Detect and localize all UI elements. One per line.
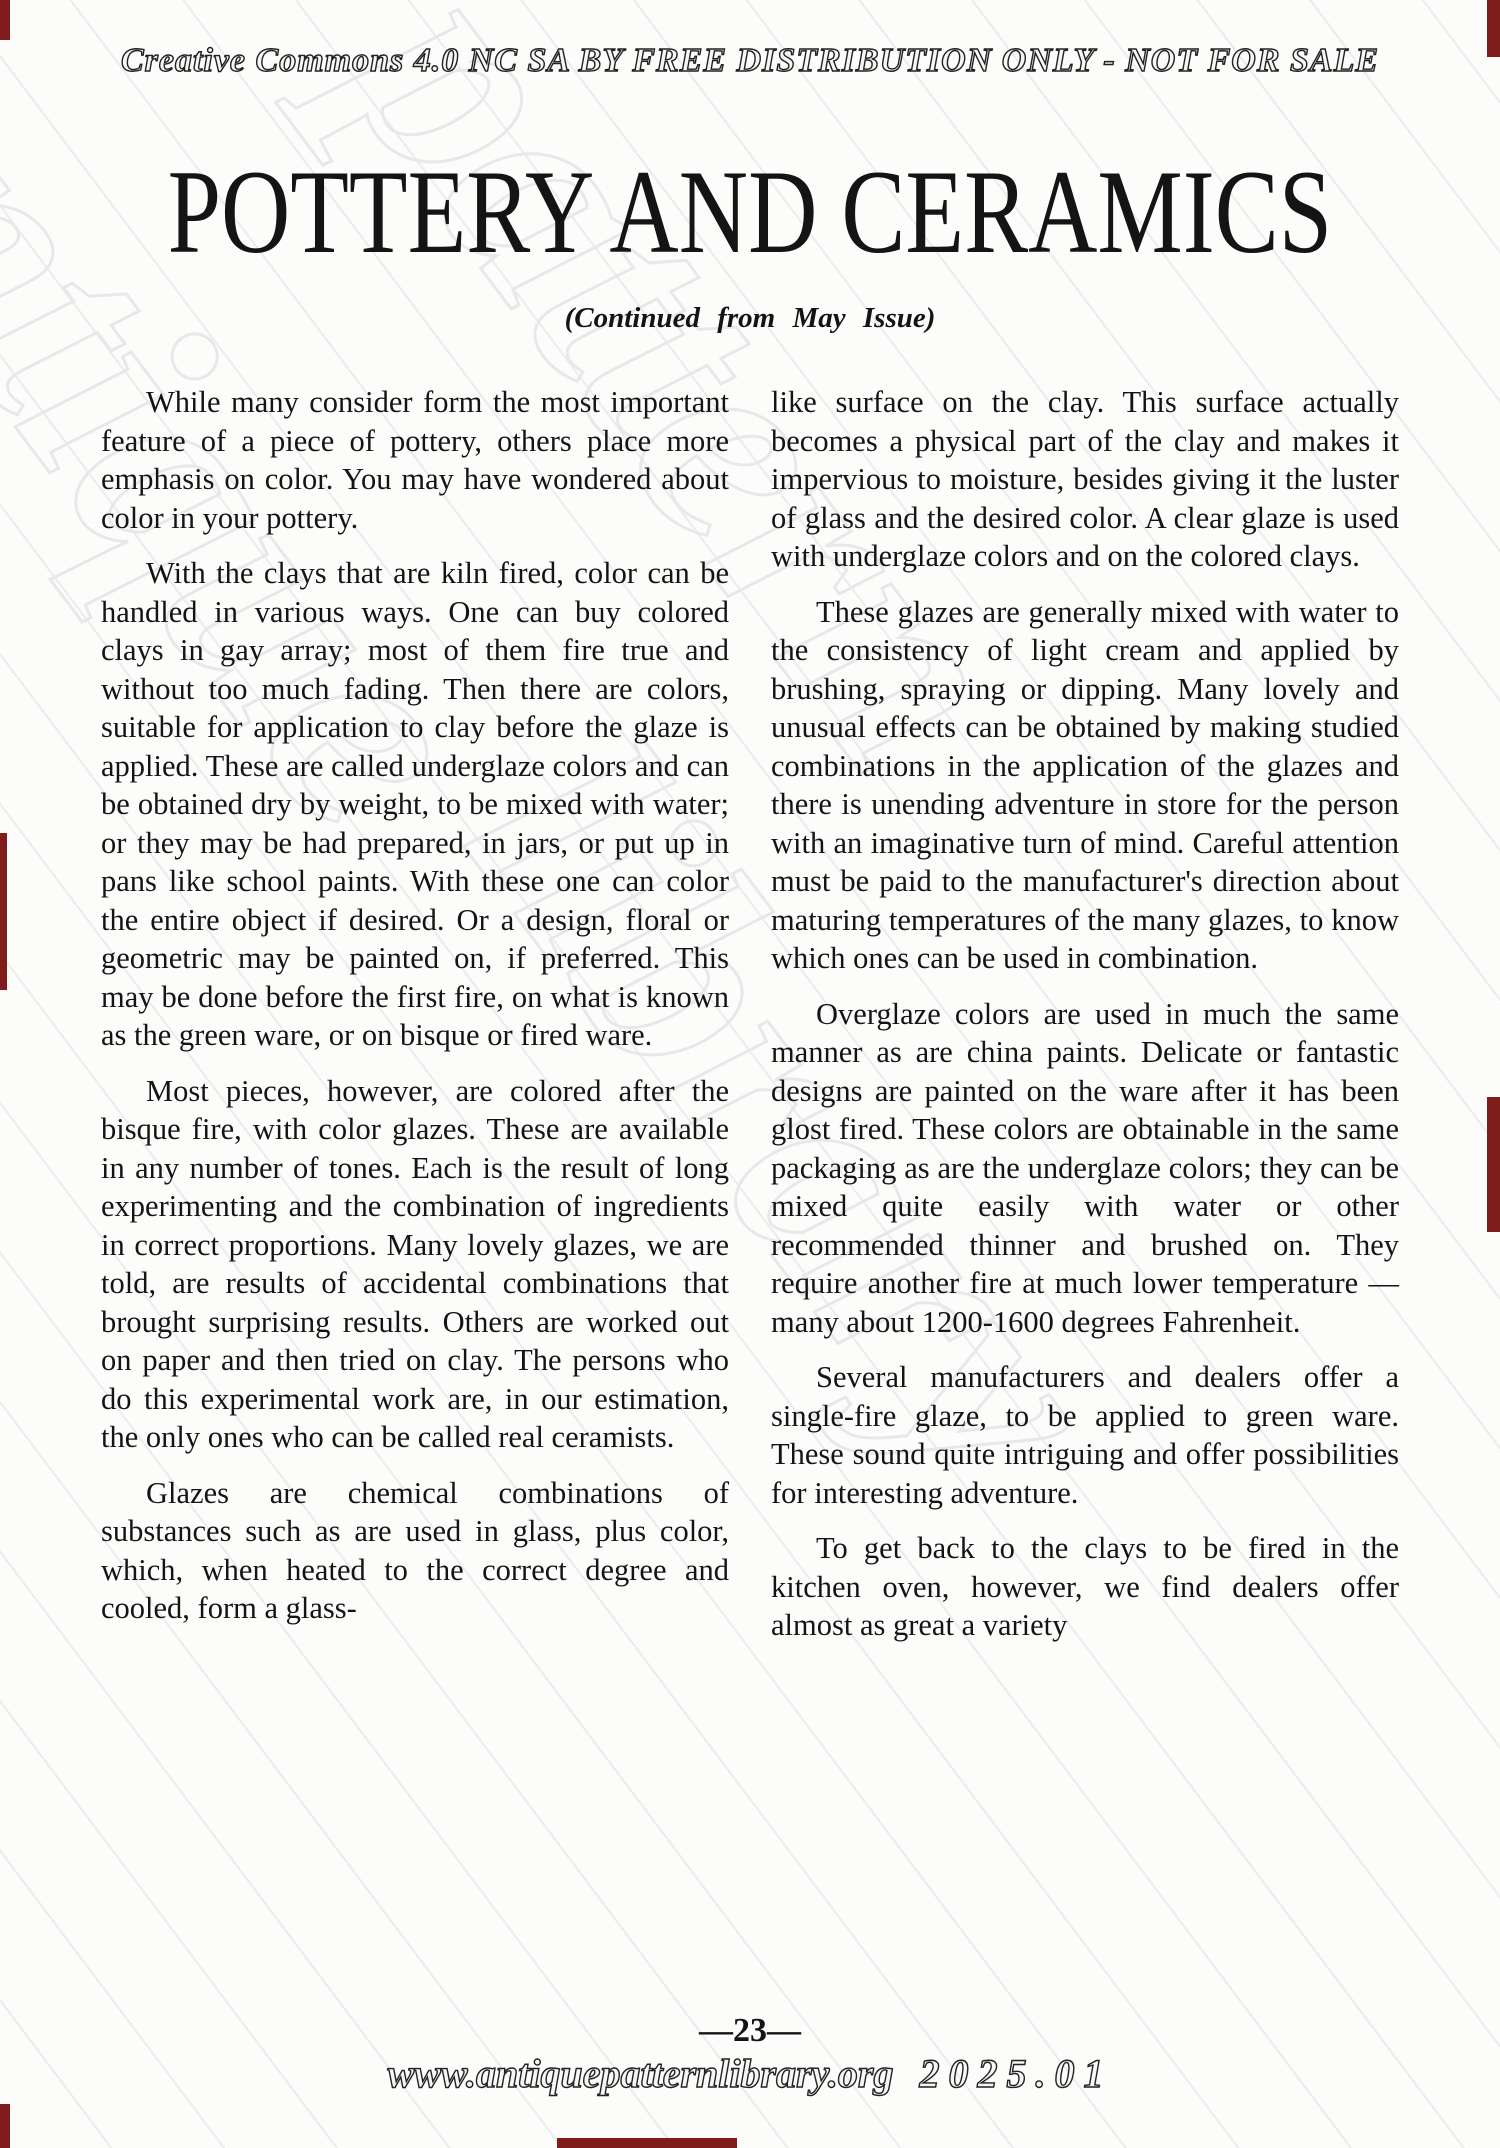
scan-edge-mark-top-right	[1487, 0, 1500, 57]
scanned-magazine-page: Antique pattern library Creative Commons…	[0, 0, 1500, 2148]
paragraph: Most pieces, however, are colored after …	[101, 1072, 729, 1457]
column-left: While many consider form the most import…	[101, 383, 729, 1662]
paragraph: Overglaze colors are used in much the sa…	[771, 995, 1399, 1342]
footer-credit-line: www.antiquepatternlibrary.org2025.01	[0, 2050, 1500, 2097]
license-notice: Creative Commons 4.0 NC SA BY FREE DISTR…	[0, 42, 1500, 80]
page-number: —23—	[0, 2012, 1500, 2050]
article-columns: While many consider form the most import…	[101, 383, 1399, 1662]
paragraph: These glazes are generally mixed with wa…	[771, 593, 1399, 978]
scan-edge-mark-right	[1487, 1097, 1500, 1232]
paragraph: like surface on the clay. This surface a…	[771, 383, 1399, 576]
scan-edge-mark-left	[0, 833, 7, 990]
scan-edge-mark-top-left	[0, 0, 10, 40]
page-title: POTTERY AND CERAMICS	[0, 152, 1500, 272]
subtitle-continued-from: (Continued from May Issue)	[0, 302, 1500, 335]
paragraph: To get back to the clays to be fired in …	[771, 1529, 1399, 1645]
scan-edge-mark-bottom	[557, 2138, 737, 2148]
paragraph: While many consider form the most import…	[101, 383, 729, 537]
paragraph: With the clays that are kiln fired, colo…	[101, 554, 729, 1055]
paragraph: Glazes are chemical combinations of subs…	[101, 1474, 729, 1628]
page-title-text: POTTERY AND CERAMICS	[168, 152, 1333, 272]
footer-edition: 2025.01	[920, 2051, 1113, 2096]
paragraph: Several manufacturers and dealers offer …	[771, 1358, 1399, 1512]
footer-site-url: www.antiquepatternlibrary.org	[387, 2051, 893, 2096]
scan-edge-mark-bottom-left	[0, 2104, 10, 2148]
column-right: like surface on the clay. This surface a…	[771, 383, 1399, 1662]
